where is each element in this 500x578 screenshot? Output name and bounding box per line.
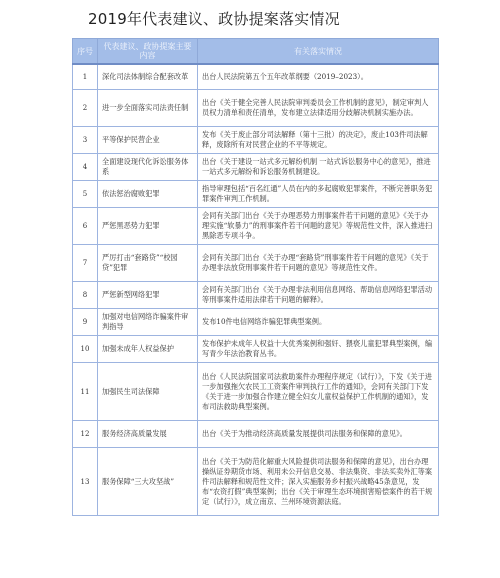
table-header-row: 序号 代表建议、政协提案主要内容 有关落实情况 bbox=[73, 39, 439, 65]
table-row: 8 严惩新型网络犯罪 会同有关部门出台《关于办理非法利用信息网络、帮助信息网络犯… bbox=[73, 282, 439, 309]
row-action: 出台《关于为防范化解重大风险提供司法服务和保障的意见》，出台办理操纵证券期货市场… bbox=[198, 448, 439, 516]
row-number: 4 bbox=[73, 154, 98, 181]
row-number: 5 bbox=[73, 181, 98, 208]
row-number: 10 bbox=[73, 336, 98, 363]
row-number: 8 bbox=[73, 282, 98, 309]
row-action: 出台人民法院第五个五年改革纲要（2019–2023）。 bbox=[198, 64, 439, 90]
row-action: 会同有关部门出台《关于办理非法利用信息网络、帮助信息网络犯罪活动等刑事案件适用法… bbox=[198, 282, 439, 309]
table-row: 5 依法惩治腐败犯罪 指导审理包括“百名红通”人员在内的多起腐败犯罪案件，不断完… bbox=[73, 181, 439, 208]
row-number: 12 bbox=[73, 421, 98, 448]
row-topic: 全面建设现代化诉讼服务体系 bbox=[98, 154, 198, 181]
table-row: 7 严厉打击“套路贷”“校园贷”犯罪 会同有关部门出台《关于办理“套路贷”刑事案… bbox=[73, 245, 439, 282]
row-action: 发布保护未成年人权益十大优秀案例和强奸、猥亵儿童犯罪典型案例，编写青少年法治教育… bbox=[198, 336, 439, 363]
table-row: 13 服务保障“三大攻坚战” 出台《关于为防范化解重大风险提供司法服务和保障的意… bbox=[73, 448, 439, 516]
row-action: 发布《关于废止部分司法解释（第十三批）的决定》，废止103件司法解释，废除所有对… bbox=[198, 127, 439, 154]
row-topic: 加强未成年人权益保护 bbox=[98, 336, 198, 363]
row-topic: 严惩新型网络犯罪 bbox=[98, 282, 198, 309]
row-topic: 服务经济高质量发展 bbox=[98, 421, 198, 448]
table-row: 1 深化司法体制综合配套改革 出台人民法院第五个五年改革纲要（2019–2023… bbox=[73, 64, 439, 90]
row-number: 6 bbox=[73, 208, 98, 245]
row-action: 会同有关部门出台《关于办理“套路贷”刑事案件若干问题的意见》《关于办理非法放贷刑… bbox=[198, 245, 439, 282]
row-action: 指导审理包括“百名红通”人员在内的多起腐败犯罪案件，不断完善职务犯罪案件审判工作… bbox=[198, 181, 439, 208]
table-row: 3 平等保护民营企业 发布《关于废止部分司法解释（第十三批）的决定》，废止103… bbox=[73, 127, 439, 154]
row-action: 出台《关于为推动经济高质量发展提供司法服务和保障的意见》。 bbox=[198, 421, 439, 448]
table-row: 10 加强未成年人权益保护 发布保护未成年人权益十大优秀案例和强奸、猥亵儿童犯罪… bbox=[73, 336, 439, 363]
implementation-table: 序号 代表建议、政协提案主要内容 有关落实情况 1 深化司法体制综合配套改革 出… bbox=[72, 38, 439, 516]
table-row: 11 加强民生司法保障 出台《人民法院国家司法救助案件办理程序规定（试行）》，下… bbox=[73, 363, 439, 421]
table-row: 12 服务经济高质量发展 出台《关于为推动经济高质量发展提供司法服务和保障的意见… bbox=[73, 421, 439, 448]
row-number: 11 bbox=[73, 363, 98, 421]
row-number: 1 bbox=[73, 64, 98, 90]
header-action: 有关落实情况 bbox=[198, 39, 439, 65]
row-topic: 平等保护民营企业 bbox=[98, 127, 198, 154]
row-number: 3 bbox=[73, 127, 98, 154]
header-seq: 序号 bbox=[73, 39, 98, 65]
row-topic: 服务保障“三大攻坚战” bbox=[98, 448, 198, 516]
header-topic: 代表建议、政协提案主要内容 bbox=[98, 39, 198, 65]
table-row: 9 加强对电信网络诈骗案件审判指导 发布10件电信网络诈骗犯罪典型案例。 bbox=[73, 309, 439, 336]
row-number: 2 bbox=[73, 90, 98, 127]
row-action: 出台《关于健全完善人民法院审判委员会工作机制的意见》，制定审判人员权力清单和责任… bbox=[198, 90, 439, 127]
table-row: 6 严惩黑恶势力犯罪 会同有关部门出台《关于办理恶势力刑事案件若干问题的意见》《… bbox=[73, 208, 439, 245]
row-action: 发布10件电信网络诈骗犯罪典型案例。 bbox=[198, 309, 439, 336]
row-number: 7 bbox=[73, 245, 98, 282]
row-action: 出台《人民法院国家司法救助案件办理程序规定（试行）》，下发《关于进一步加强拖欠农… bbox=[198, 363, 439, 421]
document-title: 2019年代表建议、政协提案落实情况 bbox=[88, 8, 340, 29]
row-topic: 依法惩治腐败犯罪 bbox=[98, 181, 198, 208]
row-topic: 进一步全面落实司法责任制 bbox=[98, 90, 198, 127]
row-number: 13 bbox=[73, 448, 98, 516]
row-number: 9 bbox=[73, 309, 98, 336]
row-topic: 严惩黑恶势力犯罪 bbox=[98, 208, 198, 245]
row-topic: 深化司法体制综合配套改革 bbox=[98, 64, 198, 90]
row-action: 出台《关于建设一站式多元解纷机制 一站式诉讼服务中心的意见》，推进一站式多元解纷… bbox=[198, 154, 439, 181]
row-action: 会同有关部门出台《关于办理恶势力刑事案件若干问题的意见》《关于办理实施“软暴力”… bbox=[198, 208, 439, 245]
table-row: 2 进一步全面落实司法责任制 出台《关于健全完善人民法院审判委员会工作机制的意见… bbox=[73, 90, 439, 127]
table-row: 4 全面建设现代化诉讼服务体系 出台《关于建设一站式多元解纷机制 一站式诉讼服务… bbox=[73, 154, 439, 181]
row-topic: 加强对电信网络诈骗案件审判指导 bbox=[98, 309, 198, 336]
row-topic: 加强民生司法保障 bbox=[98, 363, 198, 421]
row-topic: 严厉打击“套路贷”“校园贷”犯罪 bbox=[98, 245, 198, 282]
